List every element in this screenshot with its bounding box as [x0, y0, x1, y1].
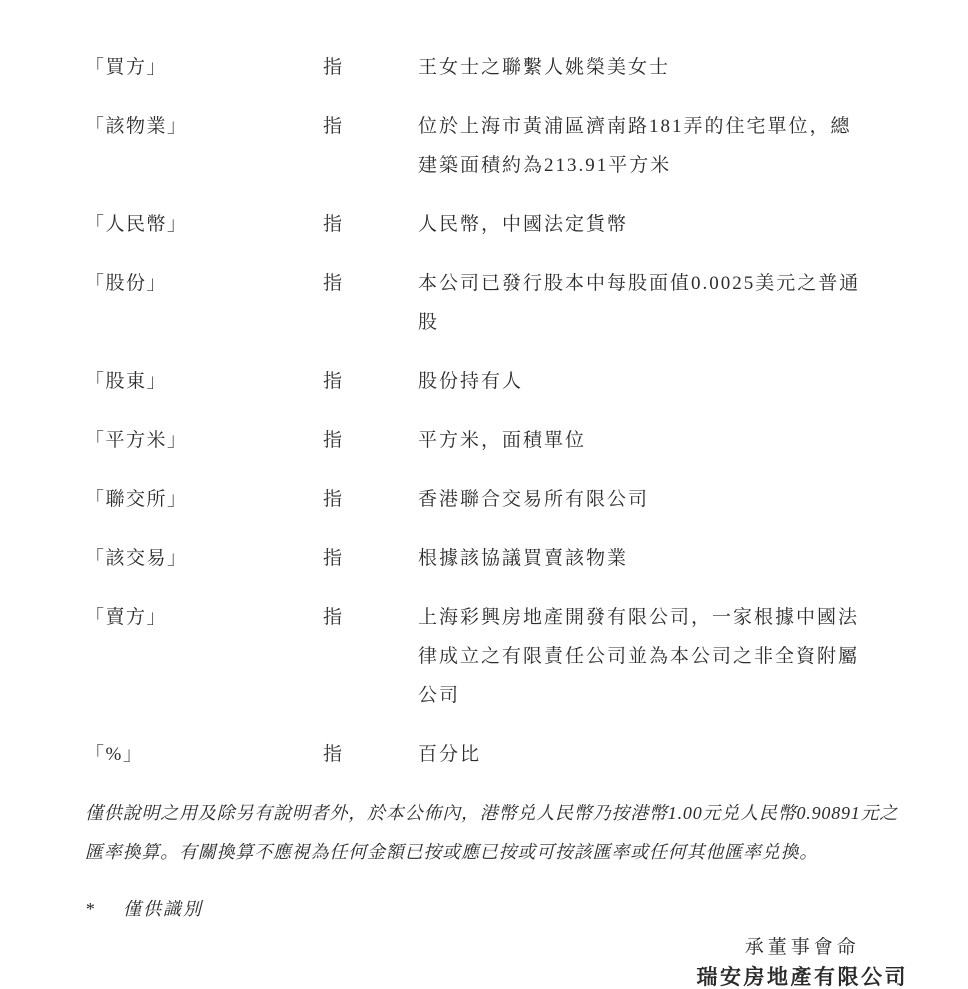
- definition-connector: 指: [323, 735, 418, 774]
- definition-text: 股份持有人: [418, 362, 908, 401]
- definition-term: 「買方」: [85, 48, 323, 87]
- exchange-rate-note: 僅供說明之用及除另有說明者外，於本公佈內，港幣兑人民幣乃按港幣1.00元兑人民幣…: [85, 794, 910, 872]
- footnote-marker: *: [85, 894, 123, 924]
- definition-row-vendor: 「賣方」 指 上海彩興房地產開發有限公司，一家根據中國法 律成立之有限責任公司並…: [85, 598, 908, 715]
- definition-connector: 指: [323, 48, 418, 87]
- footnote: * 僅供識別: [85, 894, 908, 924]
- definition-term: 「人民幣」: [85, 205, 323, 244]
- definitions-list: 「買方」 指 王女士之聯繫人姚榮美女士 「該物業」 指 位於上海市黃浦區濟南路1…: [85, 48, 908, 774]
- by-order-of-board-line: 承董事會命: [697, 932, 909, 964]
- definition-connector: 指: [323, 480, 418, 519]
- definition-row-percent: 「%」 指 百分比: [85, 735, 908, 774]
- definition-text: 王女士之聯繫人姚榮美女士: [418, 48, 908, 87]
- definition-row-sqm: 「平方米」 指 平方米，面積單位: [85, 421, 908, 460]
- definition-row-transaction: 「該交易」 指 根據該協議買賣該物業: [85, 539, 908, 578]
- definition-connector: 指: [323, 264, 418, 342]
- definition-row-rmb: 「人民幣」 指 人民幣，中國法定貨幣: [85, 205, 908, 244]
- definition-text: 本公司已發行股本中每股面值0.0025美元之普通 股: [418, 264, 908, 342]
- definition-connector: 指: [323, 421, 418, 460]
- definition-text: 位於上海市黃浦區濟南路181弄的住宅單位，總 建築面積約為213.91平方米: [418, 107, 908, 185]
- definition-term: 「該交易」: [85, 539, 323, 578]
- definition-connector: 指: [323, 107, 418, 185]
- definition-row-shareholders: 「股東」 指 股份持有人: [85, 362, 908, 401]
- definition-row-property: 「該物業」 指 位於上海市黃浦區濟南路181弄的住宅單位，總 建築面積約為213…: [85, 107, 908, 185]
- document-page: 「買方」 指 王女士之聯繫人姚榮美女士 「該物業」 指 位於上海市黃浦區濟南路1…: [0, 0, 968, 989]
- definition-text: 百分比: [418, 735, 908, 774]
- definition-connector: 指: [323, 598, 418, 715]
- definition-text: 香港聯合交易所有限公司: [418, 480, 908, 519]
- footnote-text: 僅供識別: [123, 894, 203, 924]
- definition-row-shares: 「股份」 指 本公司已發行股本中每股面值0.0025美元之普通 股: [85, 264, 908, 342]
- definition-text: 根據該協議買賣該物業: [418, 539, 908, 578]
- definition-connector: 指: [323, 539, 418, 578]
- definition-term: 「股份」: [85, 264, 323, 342]
- signature-block: 承董事會命 瑞安房地產有限公司: [697, 932, 909, 989]
- definition-connector: 指: [323, 362, 418, 401]
- definition-term: 「賣方」: [85, 598, 323, 715]
- definition-term: 「股東」: [85, 362, 323, 401]
- definition-term: 「聯交所」: [85, 480, 323, 519]
- signature-area: 承董事會命 瑞安房地產有限公司: [85, 932, 908, 989]
- definition-term: 「該物業」: [85, 107, 323, 185]
- company-name: 瑞安房地產有限公司: [697, 964, 909, 989]
- definition-row-stock-exchange: 「聯交所」 指 香港聯合交易所有限公司: [85, 480, 908, 519]
- definition-text: 人民幣，中國法定貨幣: [418, 205, 908, 244]
- definition-term: 「%」: [85, 735, 323, 774]
- definition-text: 上海彩興房地產開發有限公司，一家根據中國法 律成立之有限責任公司並為本公司之非全…: [418, 598, 908, 715]
- definition-connector: 指: [323, 205, 418, 244]
- definition-term: 「平方米」: [85, 421, 323, 460]
- definition-row-buyer: 「買方」 指 王女士之聯繫人姚榮美女士: [85, 48, 908, 87]
- definition-text: 平方米，面積單位: [418, 421, 908, 460]
